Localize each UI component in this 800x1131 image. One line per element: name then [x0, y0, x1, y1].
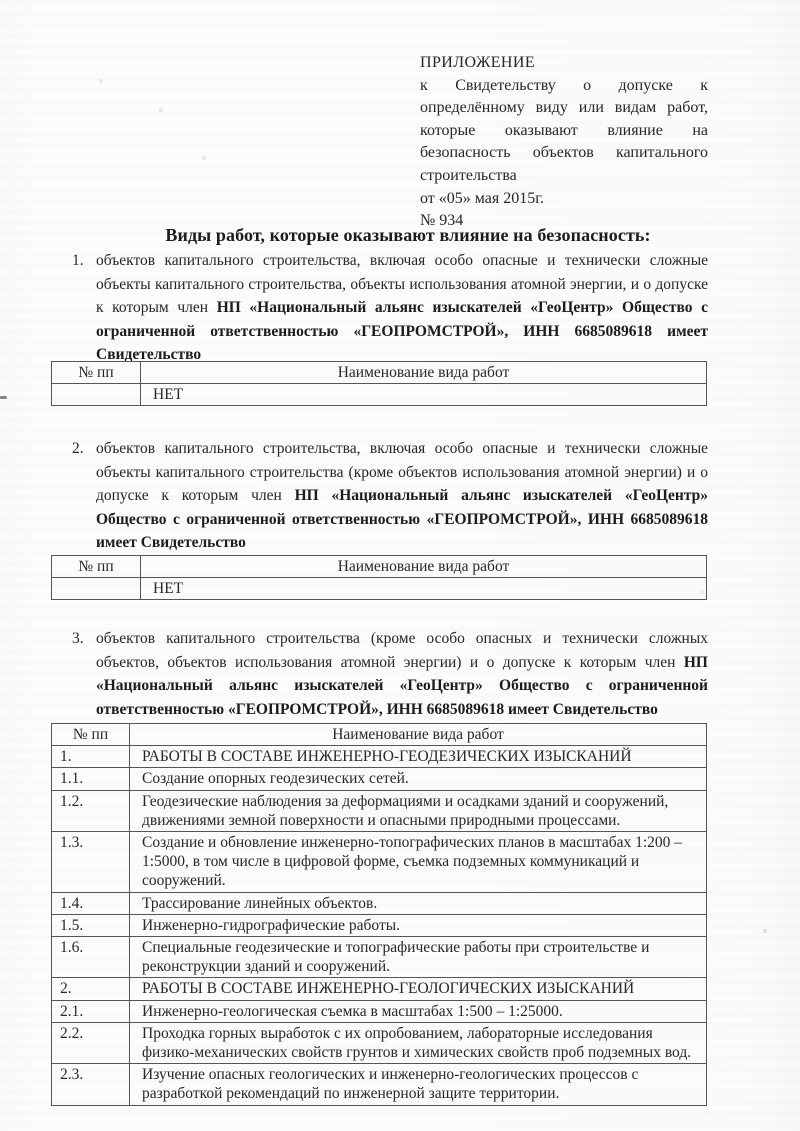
table-cell: Инженерно-гидрографические работы. — [130, 914, 707, 936]
works-table-1: № ппНаименование вида работНЕТ — [51, 361, 707, 406]
table-cell: 1.3. — [52, 832, 130, 893]
scan-edge-artifact — [0, 396, 7, 399]
item-text: объектов капитального строительства, вкл… — [96, 437, 708, 555]
works-table-2: № ппНаименование вида работНЕТ — [51, 555, 707, 600]
table-cell: 2. — [52, 978, 130, 1000]
item-text: объектов капитального строительства, вкл… — [96, 249, 708, 367]
table-cell: Геодезические наблюдения за деформациями… — [130, 790, 707, 831]
column-header: Наименование вида работ — [141, 362, 707, 384]
table-cell: 2.1. — [52, 1000, 130, 1022]
table-cell: Инженерно-геологическая съемка в масштаб… — [130, 1000, 707, 1022]
list-item-1: 1. объектов капитального строительства, … — [72, 249, 708, 367]
scan-speck-artifacts — [0, 0, 2, 2]
table-cell: 1.1. — [52, 768, 130, 790]
table-row: 1.2.Геодезические наблюдения за деформац… — [52, 790, 707, 831]
table-row: 1.4.Трассирование линейных объектов. — [52, 892, 707, 914]
document-header: ПРИЛОЖЕНИЕ к Свидетельству о допуске к о… — [420, 52, 708, 233]
table-row: 1.5.Инженерно-гидрографические работы. — [52, 914, 707, 936]
section-heading: Виды работ, которые оказывают влияние на… — [80, 225, 736, 246]
list-item-3: 3. объектов капитального строительства (… — [72, 627, 708, 721]
appendix-title: ПРИЛОЖЕНИЕ — [420, 52, 708, 75]
table-cell: Создание и обновление инженерно-топограф… — [130, 832, 707, 893]
item-number: 1. — [72, 249, 96, 273]
item-text: объектов капитального строительства (кро… — [96, 627, 708, 721]
table-row: 2.РАБОТЫ В СОСТАВЕ ИНЖЕНЕРНО-ГЕОЛОГИЧЕСК… — [52, 978, 707, 1000]
table-row: 1.3.Создание и обновление инженерно-топо… — [52, 832, 707, 893]
table-cell: 1.6. — [52, 937, 130, 978]
date-line: от «05» мая 2015г. — [420, 188, 708, 211]
table-cell: Трассирование линейных объектов. — [130, 892, 707, 914]
column-header: № пп — [52, 724, 130, 746]
column-header: № пп — [52, 556, 141, 578]
document-page: ПРИЛОЖЕНИЕ к Свидетельству о допуске к о… — [0, 0, 800, 1131]
table-cell: 2.2. — [52, 1022, 130, 1063]
table-row: 2.2.Проходка горных выработок с их опроб… — [52, 1022, 707, 1063]
table-row: НЕТ — [52, 578, 707, 600]
item-number: 2. — [72, 437, 96, 461]
table-row: 2.1.Инженерно-геологическая съемка в мас… — [52, 1000, 707, 1022]
table-row: НЕТ — [52, 384, 707, 406]
table-row: 1.6.Специальные геодезические и топограф… — [52, 937, 707, 978]
appendix-description: к Свидетельству о допуске к определённом… — [420, 75, 708, 188]
table-cell: 1.2. — [52, 790, 130, 831]
table-cell: НЕТ — [141, 578, 707, 600]
table-cell: 1.5. — [52, 914, 130, 936]
table-header-row: № ппНаименование вида работ — [52, 362, 707, 384]
table-cell: Создание опорных геодезических сетей. — [130, 768, 707, 790]
list-item-2: 2. объектов капитального строительства, … — [72, 437, 708, 555]
table-cell: Изучение опасных геологических и инженер… — [130, 1064, 707, 1105]
table-row: 1.РАБОТЫ В СОСТАВЕ ИНЖЕНЕРНО-ГЕОДЕЗИЧЕСК… — [52, 746, 707, 768]
table-cell: 1.4. — [52, 892, 130, 914]
item-text-regular: объектов капитального строительства (кро… — [96, 630, 708, 671]
column-header: Наименование вида работ — [130, 724, 707, 746]
table-row: 1.1.Создание опорных геодезических сетей… — [52, 768, 707, 790]
table-cell: Проходка горных выработок с их опробован… — [130, 1022, 707, 1063]
table-row: 2.3.Изучение опасных геологических и инж… — [52, 1064, 707, 1105]
table-cell: НЕТ — [141, 384, 707, 406]
table-header-row: № ппНаименование вида работ — [52, 724, 707, 746]
table-cell: 1. — [52, 746, 130, 768]
table-cell — [52, 578, 141, 600]
table-cell: РАБОТЫ В СОСТАВЕ ИНЖЕНЕРНО-ГЕОЛОГИЧЕСКИХ… — [130, 978, 707, 1000]
item-number: 3. — [72, 627, 96, 651]
table-cell: 2.3. — [52, 1064, 130, 1105]
table-cell: Специальные геодезические и топографичес… — [130, 937, 707, 978]
table-header-row: № ппНаименование вида работ — [52, 556, 707, 578]
works-table-3: № ппНаименование вида работ1.РАБОТЫ В СО… — [51, 723, 707, 1106]
table-cell — [52, 384, 141, 406]
column-header: Наименование вида работ — [141, 556, 707, 578]
column-header: № пп — [52, 362, 141, 384]
table-cell: РАБОТЫ В СОСТАВЕ ИНЖЕНЕРНО-ГЕОДЕЗИЧЕСКИХ… — [130, 746, 707, 768]
